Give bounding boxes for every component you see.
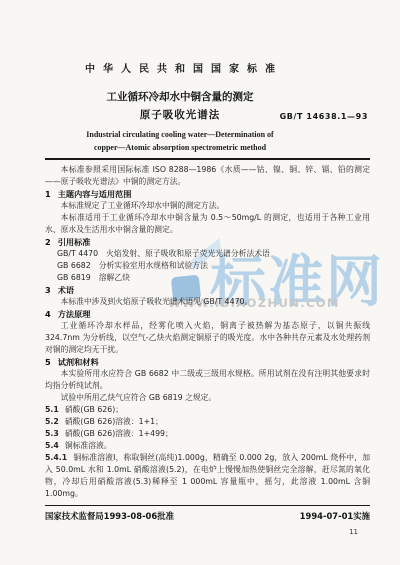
section-4-heading: 4方法原理 <box>45 308 370 320</box>
reference-title: 火焰发射、原子吸收和原子荧光光谱分析法术语 <box>106 249 270 258</box>
clause-5-3: 5.3硝酸(GB 626)溶液：1+499； <box>45 428 370 440</box>
reference-line: GB 6819溶解乙炔 <box>45 272 370 284</box>
section-1-paragraph: 本标准适用于工业循环冷却水中铜含量为 0.5～50mg/L 的测定，也适用于各种… <box>45 212 370 236</box>
approval-text: 国家技术监督局1993-08-06批准 <box>45 510 174 522</box>
clause-text: 硝酸(GB 626)； <box>65 405 123 414</box>
reference-title: 分析实验室用水规格和试验方法 <box>99 261 208 270</box>
clause-text: 硝酸(GB 626)溶液：1+499； <box>65 429 173 438</box>
section-3-heading: 3术语 <box>45 284 370 296</box>
clause-number: 5.4 <box>45 441 59 450</box>
clause-number: 5.2 <box>45 417 59 426</box>
clause-number: 5.3 <box>45 429 59 438</box>
section-5-number: 5 <box>45 357 51 367</box>
scanned-standard-document-page: 标准网 WWW.iBIAOZHUN.COM 中华人民共和国国家标准 工业循环冷却… <box>0 0 400 565</box>
section-1-paragraph: 本标准规定了工业循环冷却水中铜的测定方法。 <box>45 200 370 212</box>
footer-row: 国家技术监督局1993-08-06批准 1994-07-01实施 <box>45 506 370 522</box>
section-1-heading: 1主题内容与适用范围 <box>45 188 370 200</box>
document-content: 中华人民共和国国家标准 工业循环冷却水中铜含量的测定 原子吸收光谱法 GB/T … <box>45 0 370 565</box>
clause-5-4: 5.4铜标准溶液。 <box>45 440 370 452</box>
section-4-number: 4 <box>45 309 51 319</box>
english-title-line2: copper—Atomic absorption spectrometric m… <box>45 143 315 152</box>
section-5-heading: 5试剂和材料 <box>45 356 370 368</box>
section-5-paragraph: 本实验所用水应符合 GB 6682 中二级或三级用水规格。所用试剂在没有注明其他… <box>45 368 370 392</box>
national-standard-label: 中华人民共和国国家标准 <box>45 60 315 75</box>
document-title-line2: 原子吸收光谱法 <box>45 107 315 122</box>
section-2-heading: 2引用标准 <box>45 236 370 248</box>
header-rule <box>45 158 370 160</box>
clause-text: 硝酸(GB 626)溶液：1+1； <box>65 417 163 426</box>
clause-5-4-1: 5.4.1铜标准溶液Ⅰ，称取铜丝(高纯)1.000g，精确至 0.000 2g，… <box>45 452 370 500</box>
reference-line: GB 6682分析实验室用水规格和试验方法 <box>45 260 370 272</box>
reference-code: GB/T 4470 <box>57 249 98 258</box>
document-body: 本标准参照采用国际标准 ISO 8288—1986《水质——钴、镍、铜、锌、镉、… <box>45 164 370 504</box>
section-3-title: 术语 <box>58 285 74 295</box>
section-5-title: 试剂和材料 <box>58 357 99 367</box>
reference-title: 溶解乙炔 <box>99 273 130 282</box>
clause-number: 5.4.1 <box>45 453 67 462</box>
implementation-text: 1994-07-01实施 <box>300 510 370 522</box>
reference-code: GB 6819 <box>57 273 91 282</box>
section-1-title: 主题内容与适用范围 <box>58 189 132 199</box>
section-4-paragraph: 工业循环冷却水样品，经雾化喷入火焰，铜离子被热解为基态原子，以铜共振线 324.… <box>45 320 370 356</box>
section-1-number: 1 <box>45 189 51 199</box>
clause-text: 铜标准溶液。 <box>65 441 112 450</box>
document-title-line1: 工业循环冷却水中铜含量的测定 <box>45 89 315 104</box>
document-footer: 国家技术监督局1993-08-06批准 1994-07-01实施 11 <box>45 505 370 565</box>
reference-code: GB 6682 <box>57 261 91 270</box>
section-3-number: 3 <box>45 285 51 295</box>
section-4-title: 方法原理 <box>58 309 91 319</box>
english-title-line1: Industrial circulating cooling water—Det… <box>45 130 315 139</box>
standard-number: GB/T 14638.1—93 <box>280 112 368 121</box>
clause-5-1: 5.1硝酸(GB 626)； <box>45 404 370 416</box>
clause-text: 铜标准溶液Ⅰ，称取铜丝(高纯)1.000g，精确至 0.000 2g，放入 20… <box>45 453 370 498</box>
section-2-number: 2 <box>45 237 51 247</box>
foreword-paragraph: 本标准参照采用国际标准 ISO 8288—1986《水质——钴、镍、铜、锌、镉、… <box>45 164 370 188</box>
page-number: 11 <box>349 528 358 536</box>
section-2-title: 引用标准 <box>58 237 91 247</box>
section-5-paragraph: 试验中所用乙炔气应符合 GB 6819 之规定。 <box>45 392 370 404</box>
clause-number: 5.1 <box>45 405 59 414</box>
reference-line: GB/T 4470火焰发射、原子吸收和原子荧光光谱分析法术语 <box>45 248 370 260</box>
section-3-paragraph: 本标准中涉及到火焰原子吸收光谱术语见 GB/T 4470。 <box>45 296 370 308</box>
clause-5-2: 5.2硝酸(GB 626)溶液：1+1； <box>45 416 370 428</box>
